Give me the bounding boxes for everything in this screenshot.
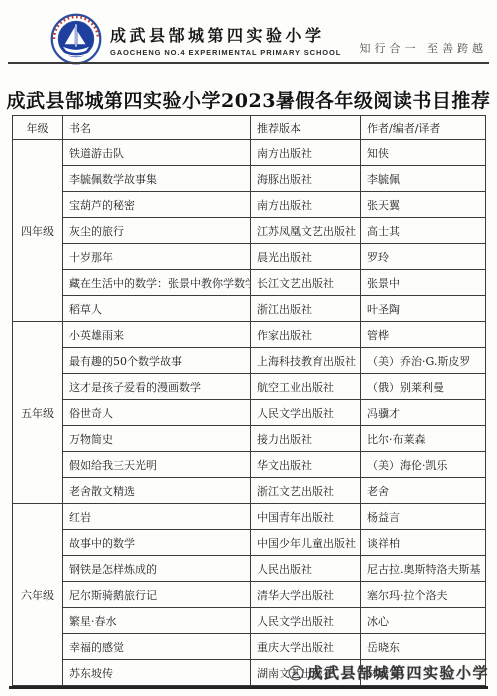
publisher-cell: 晨光出版社 xyxy=(251,244,361,270)
column-header-grade: 年级 xyxy=(13,116,63,140)
table-row: 四年级铁道游击队南方出版社知侠 xyxy=(13,140,486,166)
author-cell: 李毓佩 xyxy=(361,166,486,192)
author-cell: 张景中 xyxy=(361,270,486,296)
watermark-badge-icon xyxy=(288,665,304,681)
school-logo-sailboat-icon xyxy=(50,13,102,65)
table-row: 六年级红岩中国青年出版社杨益言 xyxy=(13,504,486,530)
book-title-cell: 红岩 xyxy=(63,504,251,530)
author-cell: 知侠 xyxy=(361,140,486,166)
publisher-cell: 重庆大学出版社 xyxy=(251,634,361,660)
column-header-book: 书名 xyxy=(63,116,251,140)
author-cell: 谈祥柏 xyxy=(361,530,486,556)
table-row: 李毓佩数学故事集海豚出版社李毓佩 xyxy=(13,166,486,192)
author-cell: 比尔·布莱森 xyxy=(361,426,486,452)
school-motto: 知行合一 至善跨越 xyxy=(360,40,488,56)
school-name-block: 成武县郜城第四实验小学 GAOCHENG NO.4 EXPERIMENTAL P… xyxy=(110,23,341,57)
book-title-cell: 小英雄雨来 xyxy=(63,322,251,348)
author-cell: 杨益言 xyxy=(361,504,486,530)
author-cell: 塞尔玛·拉个洛夫 xyxy=(361,582,486,608)
book-title-cell: 这才是孩子爱看的漫画数学 xyxy=(63,374,251,400)
table-row: 俗世奇人人民文学出版社冯骥才 xyxy=(13,400,486,426)
publisher-cell: 长江文艺出版社 xyxy=(251,270,361,296)
table-row: 假如给我三天光明华文出版社（美）海伦·凯乐 xyxy=(13,452,486,478)
book-title-cell: 李毓佩数学故事集 xyxy=(63,166,251,192)
table-row: 灰尘的旅行江苏凤凰文艺出版社高士其 xyxy=(13,218,486,244)
document-page: 成武县郜城第四实验小学 GAOCHENG NO.4 EXPERIMENTAL P… xyxy=(0,0,497,696)
book-title-cell: 藏在生活中的数学：张景中教你学数学 xyxy=(63,270,251,296)
book-title-cell: 最有趣的50个数学故事 xyxy=(63,348,251,374)
school-name-en: GAOCHENG NO.4 EXPERIMENTAL PRIMARY SCHOO… xyxy=(110,48,341,57)
publisher-cell: 海豚出版社 xyxy=(251,166,361,192)
table-row: 尼尔斯骑鹅旅行记清华大学出版社塞尔玛·拉个洛夫 xyxy=(13,582,486,608)
book-title-cell: 铁道游击队 xyxy=(63,140,251,166)
publisher-cell: 江苏凤凰文艺出版社 xyxy=(251,218,361,244)
author-cell: 冯骥才 xyxy=(361,400,486,426)
column-header-author: 作者/编者/译者 xyxy=(361,116,486,140)
school-name-cn: 成武县郜城第四实验小学 xyxy=(110,23,341,46)
book-title-cell: 钢铁是怎样炼成的 xyxy=(63,556,251,582)
publisher-cell: 中国少年儿童出版社 xyxy=(251,530,361,556)
book-table-body: 四年级铁道游击队南方出版社知侠李毓佩数学故事集海豚出版社李毓佩宝葫芦的秘密南方出… xyxy=(13,140,486,686)
table-row: 最有趣的50个数学故事上海科技教育出版社（美）乔治·G.斯皮罗 xyxy=(13,348,486,374)
publisher-cell: 航空工业出版社 xyxy=(251,374,361,400)
author-cell: （美）乔治·G.斯皮罗 xyxy=(361,348,486,374)
book-title-cell: 老舍散文精选 xyxy=(63,478,251,504)
publisher-cell: 接力出版社 xyxy=(251,426,361,452)
author-cell: 管桦 xyxy=(361,322,486,348)
author-cell: 尼古拉.奥斯特洛夫斯基 xyxy=(361,556,486,582)
book-title-cell: 幸福的感觉 xyxy=(63,634,251,660)
book-title-cell: 苏东坡传 xyxy=(63,660,251,686)
author-cell: （美）海伦·凯乐 xyxy=(361,452,486,478)
table-row: 五年级小英雄雨来作家出版社管桦 xyxy=(13,322,486,348)
book-title-cell: 尼尔斯骑鹅旅行记 xyxy=(63,582,251,608)
table-row: 稻草人浙江出版社叶圣陶 xyxy=(13,296,486,322)
publisher-cell: 作家出版社 xyxy=(251,322,361,348)
book-title-cell: 万物简史 xyxy=(63,426,251,452)
footer-watermark: 成武县郜城第四实验小学 xyxy=(288,662,489,683)
author-cell: 冰心 xyxy=(361,608,486,634)
book-title-cell: 俗世奇人 xyxy=(63,400,251,426)
table-row: 钢铁是怎样炼成的人民出版社尼古拉.奥斯特洛夫斯基 xyxy=(13,556,486,582)
author-cell: （俄）别莱利曼 xyxy=(361,374,486,400)
table-row: 宝葫芦的秘密南方出版社张天翼 xyxy=(13,192,486,218)
book-title-cell: 假如给我三天光明 xyxy=(63,452,251,478)
publisher-cell: 人民出版社 xyxy=(251,556,361,582)
author-cell: 叶圣陶 xyxy=(361,296,486,322)
page-header: 成武县郜城第四实验小学 GAOCHENG NO.4 EXPERIMENTAL P… xyxy=(0,0,497,64)
author-cell: 张天翼 xyxy=(361,192,486,218)
table-header-row: 年级 书名 推荐版本 作者/编者/译者 xyxy=(13,116,486,140)
table-row: 幸福的感觉重庆大学出版社岳晓东 xyxy=(13,634,486,660)
author-cell: 罗玲 xyxy=(361,244,486,270)
table-row: 十岁那年晨光出版社罗玲 xyxy=(13,244,486,270)
book-title-cell: 稻草人 xyxy=(63,296,251,322)
grade-cell: 五年级 xyxy=(13,322,63,504)
book-title-cell: 故事中的数学 xyxy=(63,530,251,556)
table-row: 这才是孩子爱看的漫画数学航空工业出版社（俄）别莱利曼 xyxy=(13,374,486,400)
publisher-cell: 浙江文艺出版社 xyxy=(251,478,361,504)
publisher-cell: 人民文学出版社 xyxy=(251,608,361,634)
publisher-cell: 上海科技教育出版社 xyxy=(251,348,361,374)
book-title-cell: 宝葫芦的秘密 xyxy=(63,192,251,218)
book-title-cell: 繁星·春水 xyxy=(63,608,251,634)
publisher-cell: 华文出版社 xyxy=(251,452,361,478)
page-title: 成武县郜城第四实验小学2023暑假各年级阅读书目推荐 xyxy=(0,86,497,113)
author-cell: 老舍 xyxy=(361,478,486,504)
table-row: 万物简史接力出版社比尔·布莱森 xyxy=(13,426,486,452)
table-row: 故事中的数学中国少年儿童出版社谈祥柏 xyxy=(13,530,486,556)
publisher-cell: 南方出版社 xyxy=(251,192,361,218)
author-cell: 高士其 xyxy=(361,218,486,244)
column-header-publisher: 推荐版本 xyxy=(251,116,361,140)
publisher-cell: 清华大学出版社 xyxy=(251,582,361,608)
publisher-cell: 中国青年出版社 xyxy=(251,504,361,530)
grade-cell: 六年级 xyxy=(13,504,63,686)
table-row: 繁星·春水人民文学出版社冰心 xyxy=(13,608,486,634)
publisher-cell: 南方出版社 xyxy=(251,140,361,166)
book-title-cell: 灰尘的旅行 xyxy=(63,218,251,244)
table-row: 老舍散文精选浙江文艺出版社老舍 xyxy=(13,478,486,504)
header-divider xyxy=(8,62,489,64)
book-title-cell: 十岁那年 xyxy=(63,244,251,270)
bottom-divider xyxy=(9,686,488,689)
watermark-text: 成武县郜城第四实验小学 xyxy=(307,662,489,683)
publisher-cell: 人民文学出版社 xyxy=(251,400,361,426)
grade-cell: 四年级 xyxy=(13,140,63,322)
author-cell: 岳晓东 xyxy=(361,634,486,660)
publisher-cell: 浙江出版社 xyxy=(251,296,361,322)
reading-list-table: 年级 书名 推荐版本 作者/编者/译者 四年级铁道游击队南方出版社知侠李毓佩数学… xyxy=(12,115,486,686)
table-row: 藏在生活中的数学：张景中教你学数学长江文艺出版社张景中 xyxy=(13,270,486,296)
